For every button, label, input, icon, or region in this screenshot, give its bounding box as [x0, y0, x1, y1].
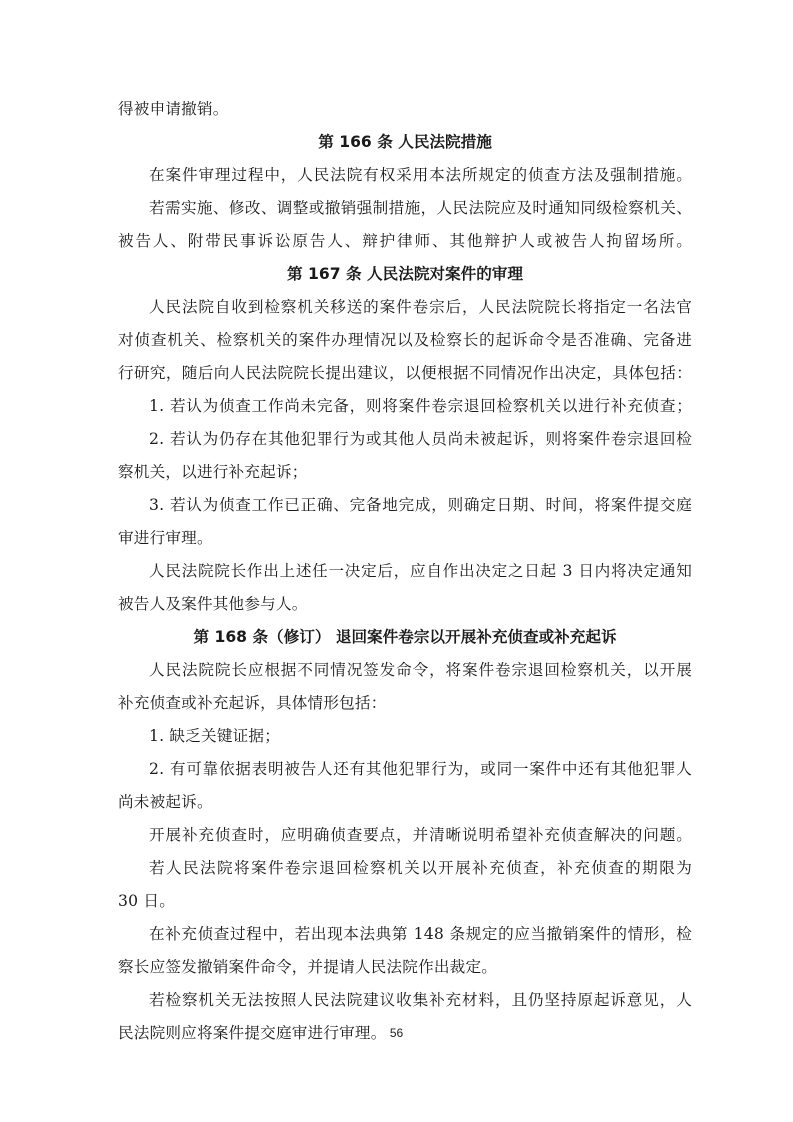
article-heading-167: 第 167 条 人民法院对案件的审理 — [118, 258, 692, 291]
paragraph-line: 若人民法院将案件卷宗退回检察机关以开展补充侦查，补充侦查的期限为 — [118, 852, 692, 885]
paragraph-line: 人民法院院长作出上述任一决定后，应自作出决定之日起 3 日内将决定通知 — [118, 555, 692, 588]
paragraph-line: 得被申请撤销。 — [118, 93, 692, 126]
paragraph-line: 在补充侦查过程中，若出现本法典第 148 条规定的应当撤销案件的情形，检 — [118, 918, 692, 951]
paragraph-line: 被告人及案件其他参与人。 — [118, 588, 692, 621]
list-item-line: 1. 缺乏关键证据； — [118, 720, 692, 753]
paragraph-line: 察长应签发撤销案件命令，并提请人民法院作出裁定。 — [118, 951, 692, 984]
page-number: 56 — [0, 1026, 793, 1040]
paragraph-line: 被告人、附带民事诉讼原告人、辩护律师、其他辩护人或被告人拘留场所。 — [118, 225, 692, 258]
list-item-line: 2. 有可靠依据表明被告人还有其他犯罪行为，或同一案件中还有其他犯罪人 — [118, 753, 692, 786]
paragraph-line: 补充侦查或补充起诉，具体情形包括： — [118, 687, 692, 720]
list-item-line: 审进行审理。 — [118, 522, 692, 555]
paragraph-line: 人民法院院长应根据不同情况签发命令，将案件卷宗退回检察机关，以开展 — [118, 654, 692, 687]
article-heading-166: 第 166 条 人民法院措施 — [118, 126, 692, 159]
paragraph-line: 人民法院自收到检察机关移送的案件卷宗后，人民法院院长将指定一名法官 — [118, 291, 692, 324]
list-item-line: 察机关，以进行补充起诉； — [118, 456, 692, 489]
list-item-line: 3. 若认为侦查工作已正确、完备地完成，则确定日期、时间，将案件提交庭 — [118, 489, 692, 522]
paragraph-line: 若需实施、修改、调整或撤销强制措施，人民法院应及时通知同级检察机关、 — [118, 192, 692, 225]
list-item-line: 尚未被起诉。 — [118, 786, 692, 819]
list-item-line: 2. 若认为仍存在其他犯罪行为或其他人员尚未被起诉，则将案件卷宗退回检 — [118, 423, 692, 456]
paragraph-line: 行研究，随后向人民法院院长提出建议，以便根据不同情况作出决定，具体包括： — [118, 357, 692, 390]
document-page: 得被申请撤销。 第 166 条 人民法院措施 在案件审理过程中，人民法院有权采用… — [118, 93, 692, 1050]
paragraph-line: 在案件审理过程中，人民法院有权采用本法所规定的侦查方法及强制措施。 — [118, 159, 692, 192]
list-item-line: 1. 若认为侦查工作尚未完备，则将案件卷宗退回检察机关以进行补充侦查； — [118, 390, 692, 423]
paragraph-line: 对侦查机关、检察机关的案件办理情况以及检察长的起诉命令是否准确、完备进 — [118, 324, 692, 357]
paragraph-line: 30 日。 — [118, 885, 692, 918]
paragraph-line: 开展补充侦查时，应明确侦查要点，并清晰说明希望补充侦查解决的问题。 — [118, 819, 692, 852]
paragraph-line: 若检察机关无法按照人民法院建议收集补充材料，且仍坚持原起诉意见，人 — [118, 984, 692, 1017]
article-heading-168: 第 168 条（修订） 退回案件卷宗以开展补充侦查或补充起诉 — [118, 621, 692, 654]
